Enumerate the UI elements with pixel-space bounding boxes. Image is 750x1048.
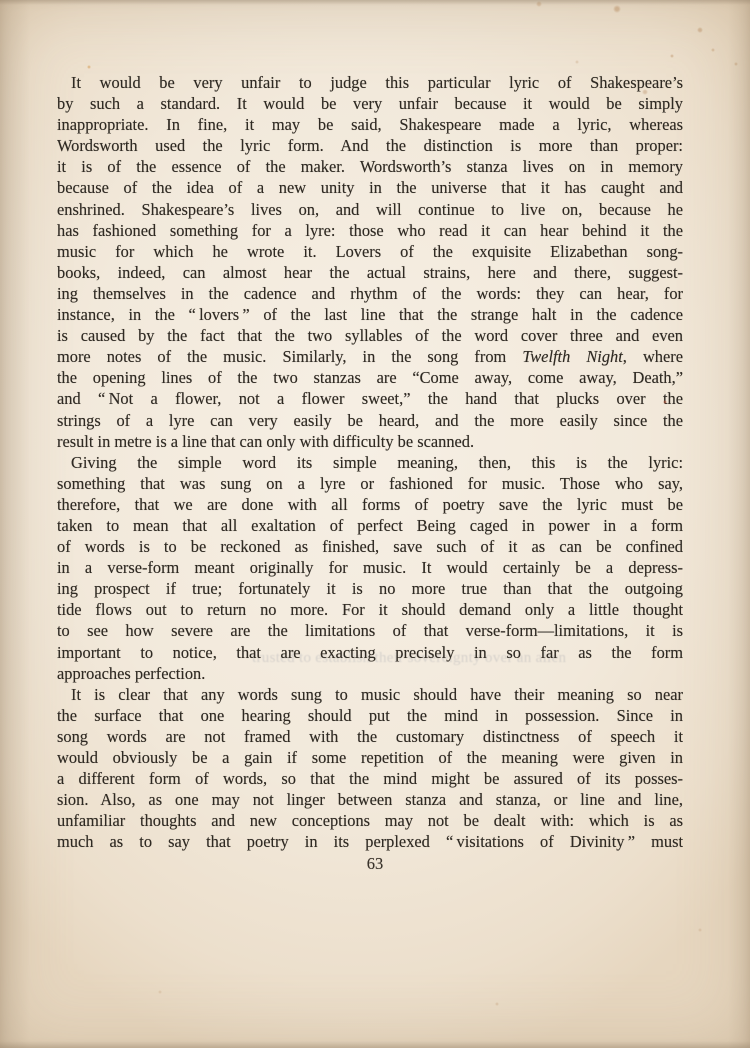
text-line: ing prospect if true; fortunately it is … [57,578,683,599]
text-line: tide flows out to return no more. For it… [57,599,683,620]
text-line: music for which he wrote it. Lovers of t… [57,241,683,262]
text-line: much as to say that poetry in its perple… [57,831,683,852]
text-line: unfamiliar thoughts and new conceptions … [57,810,683,831]
text-line: song words are not framed with the custo… [57,726,683,747]
text-line: because of the idea of a new unity in th… [57,177,683,198]
text-line: enshrined. Shakespeare’s lives on, and w… [57,199,683,220]
text-line: approaches perfection. [57,663,683,684]
text-line: inappropriate. In fine, it may be said, … [57,114,683,135]
text-line: therefore, that we are done with all for… [57,494,683,515]
text-line: ing themselves in the cadence and rhythm… [57,283,683,304]
book-page: trusted to establish their sovereignty o… [0,0,750,1048]
text-line: strings of a lyre can very easily be hea… [57,410,683,431]
text-line: books, indeed, can almost hear the actua… [57,262,683,283]
text-block: It would be very unfair to judge this pa… [57,72,683,852]
text-line: result in metre is a line that can only … [57,431,683,452]
text-line: It would be very unfair to judge this pa… [57,72,683,93]
text-line: in a verse-form meant originally for mus… [57,557,683,578]
text-line: it is of the essence of the maker. Words… [57,156,683,177]
text-line: It is clear that any words sung to music… [57,684,683,705]
text-line: something that was sung on a lyre or fas… [57,473,683,494]
text-line: to see how severe are the limitations of… [57,620,683,641]
text-line: would obviously be a gain if some repeti… [57,747,683,768]
text-line: the opening lines of the two stanzas are… [57,367,683,388]
text-line: by such a standard. It would be very unf… [57,93,683,114]
text-line: a different form of words, so that the m… [57,768,683,789]
text-line: more notes of the music. Similarly, in t… [57,346,683,367]
page-number: 63 [0,854,750,874]
text-line: of words is to be reckoned as finished, … [57,536,683,557]
text-line: the surface that one hearing should put … [57,705,683,726]
text-line: has fashioned something for a lyre: thos… [57,220,683,241]
text-line: sion. Also, as one may not linger betwee… [57,789,683,810]
text-line: important to notice, that are exacting p… [57,642,683,663]
text-line: taken to mean that all exaltation of per… [57,515,683,536]
text-line: Giving the simple word its simple meanin… [57,452,683,473]
text-line: is caused by the fact that the two sylla… [57,325,683,346]
text-line: and “ Not a flower, not a flower sweet,”… [57,388,683,409]
text-line: instance, in the “ lovers ” of the last … [57,304,683,325]
text-line: Wordsworth used the lyric form. And the … [57,135,683,156]
